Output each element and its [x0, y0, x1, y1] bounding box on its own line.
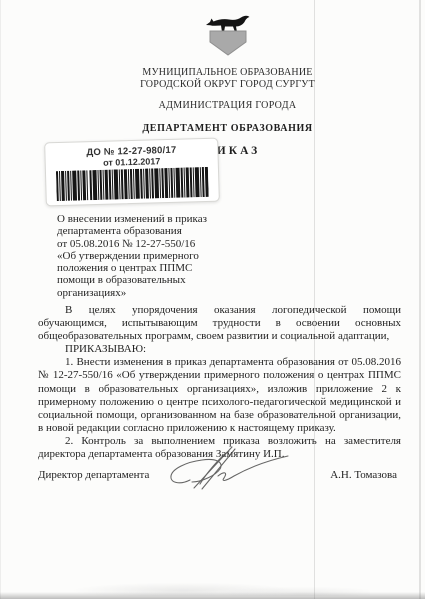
municipality-name: МУНИЦИПАЛЬНОЕ ОБРАЗОВАНИЕ ГОРОДСКОЙ ОКРУ… [55, 67, 400, 90]
order-subject: О внесении изменений в приказ департамен… [57, 213, 277, 299]
scan-bottom-shadow [0, 592, 425, 599]
shield-icon [208, 30, 248, 56]
subject-line: положения о центрах ППМС [57, 262, 277, 274]
surgut-fox-crest-icon [205, 13, 251, 56]
subject-line: департамента образования [57, 225, 277, 237]
scan-left-edge [0, 0, 1, 599]
subject-line: О внесении изменений в приказ [57, 213, 277, 225]
signer-position: Директор департамента [38, 469, 149, 481]
subject-line: помощи в образовательных [57, 274, 277, 286]
barcode-icon [56, 167, 209, 201]
handwritten-signature-icon [156, 444, 306, 501]
scan-right-edge [419, 0, 421, 599]
org-line-1: МУНИЦИПАЛЬНОЕ ОБРАЗОВАНИЕ [55, 67, 400, 79]
scanned-order-document: МУНИЦИПАЛЬНОЕ ОБРАЗОВАНИЕ ГОРОДСКОЙ ОКРУ… [0, 0, 425, 599]
signature-block: Директор департамента А.Н. Томазова [38, 458, 401, 508]
registration-sticker: ДО № 12-27-980/17 от 01.12.2017 [44, 138, 220, 207]
administration-line: АДМИНИСТРАЦИЯ ГОРОДА [55, 100, 400, 112]
order-item-1: 1. Внести изменения в приказ департамент… [38, 356, 401, 435]
preamble-paragraph: В целях упорядочения оказания логопедиче… [38, 304, 401, 343]
order-body: В целях упорядочения оказания логопедиче… [38, 304, 401, 461]
org-line-2: ГОРОДСКОЙ ОКРУГ ГОРОД СУРГУТ [55, 79, 400, 91]
document-header: МУНИЦИПАЛЬНОЕ ОБРАЗОВАНИЕ ГОРОДСКОЙ ОКРУ… [55, 13, 400, 157]
subject-line: «Об утверждении примерного [57, 250, 277, 262]
subject-line: организациях» [57, 287, 277, 299]
signer-name: А.Н. Томазова [330, 469, 397, 481]
subject-line: от 05.08.2016 № 12-27-550/16 [57, 238, 277, 250]
resolution-word: ПРИКАЗЫВАЮ: [38, 343, 401, 356]
department-line: ДЕПАРТАМЕНТ ОБРАЗОВАНИЯ [55, 123, 400, 135]
